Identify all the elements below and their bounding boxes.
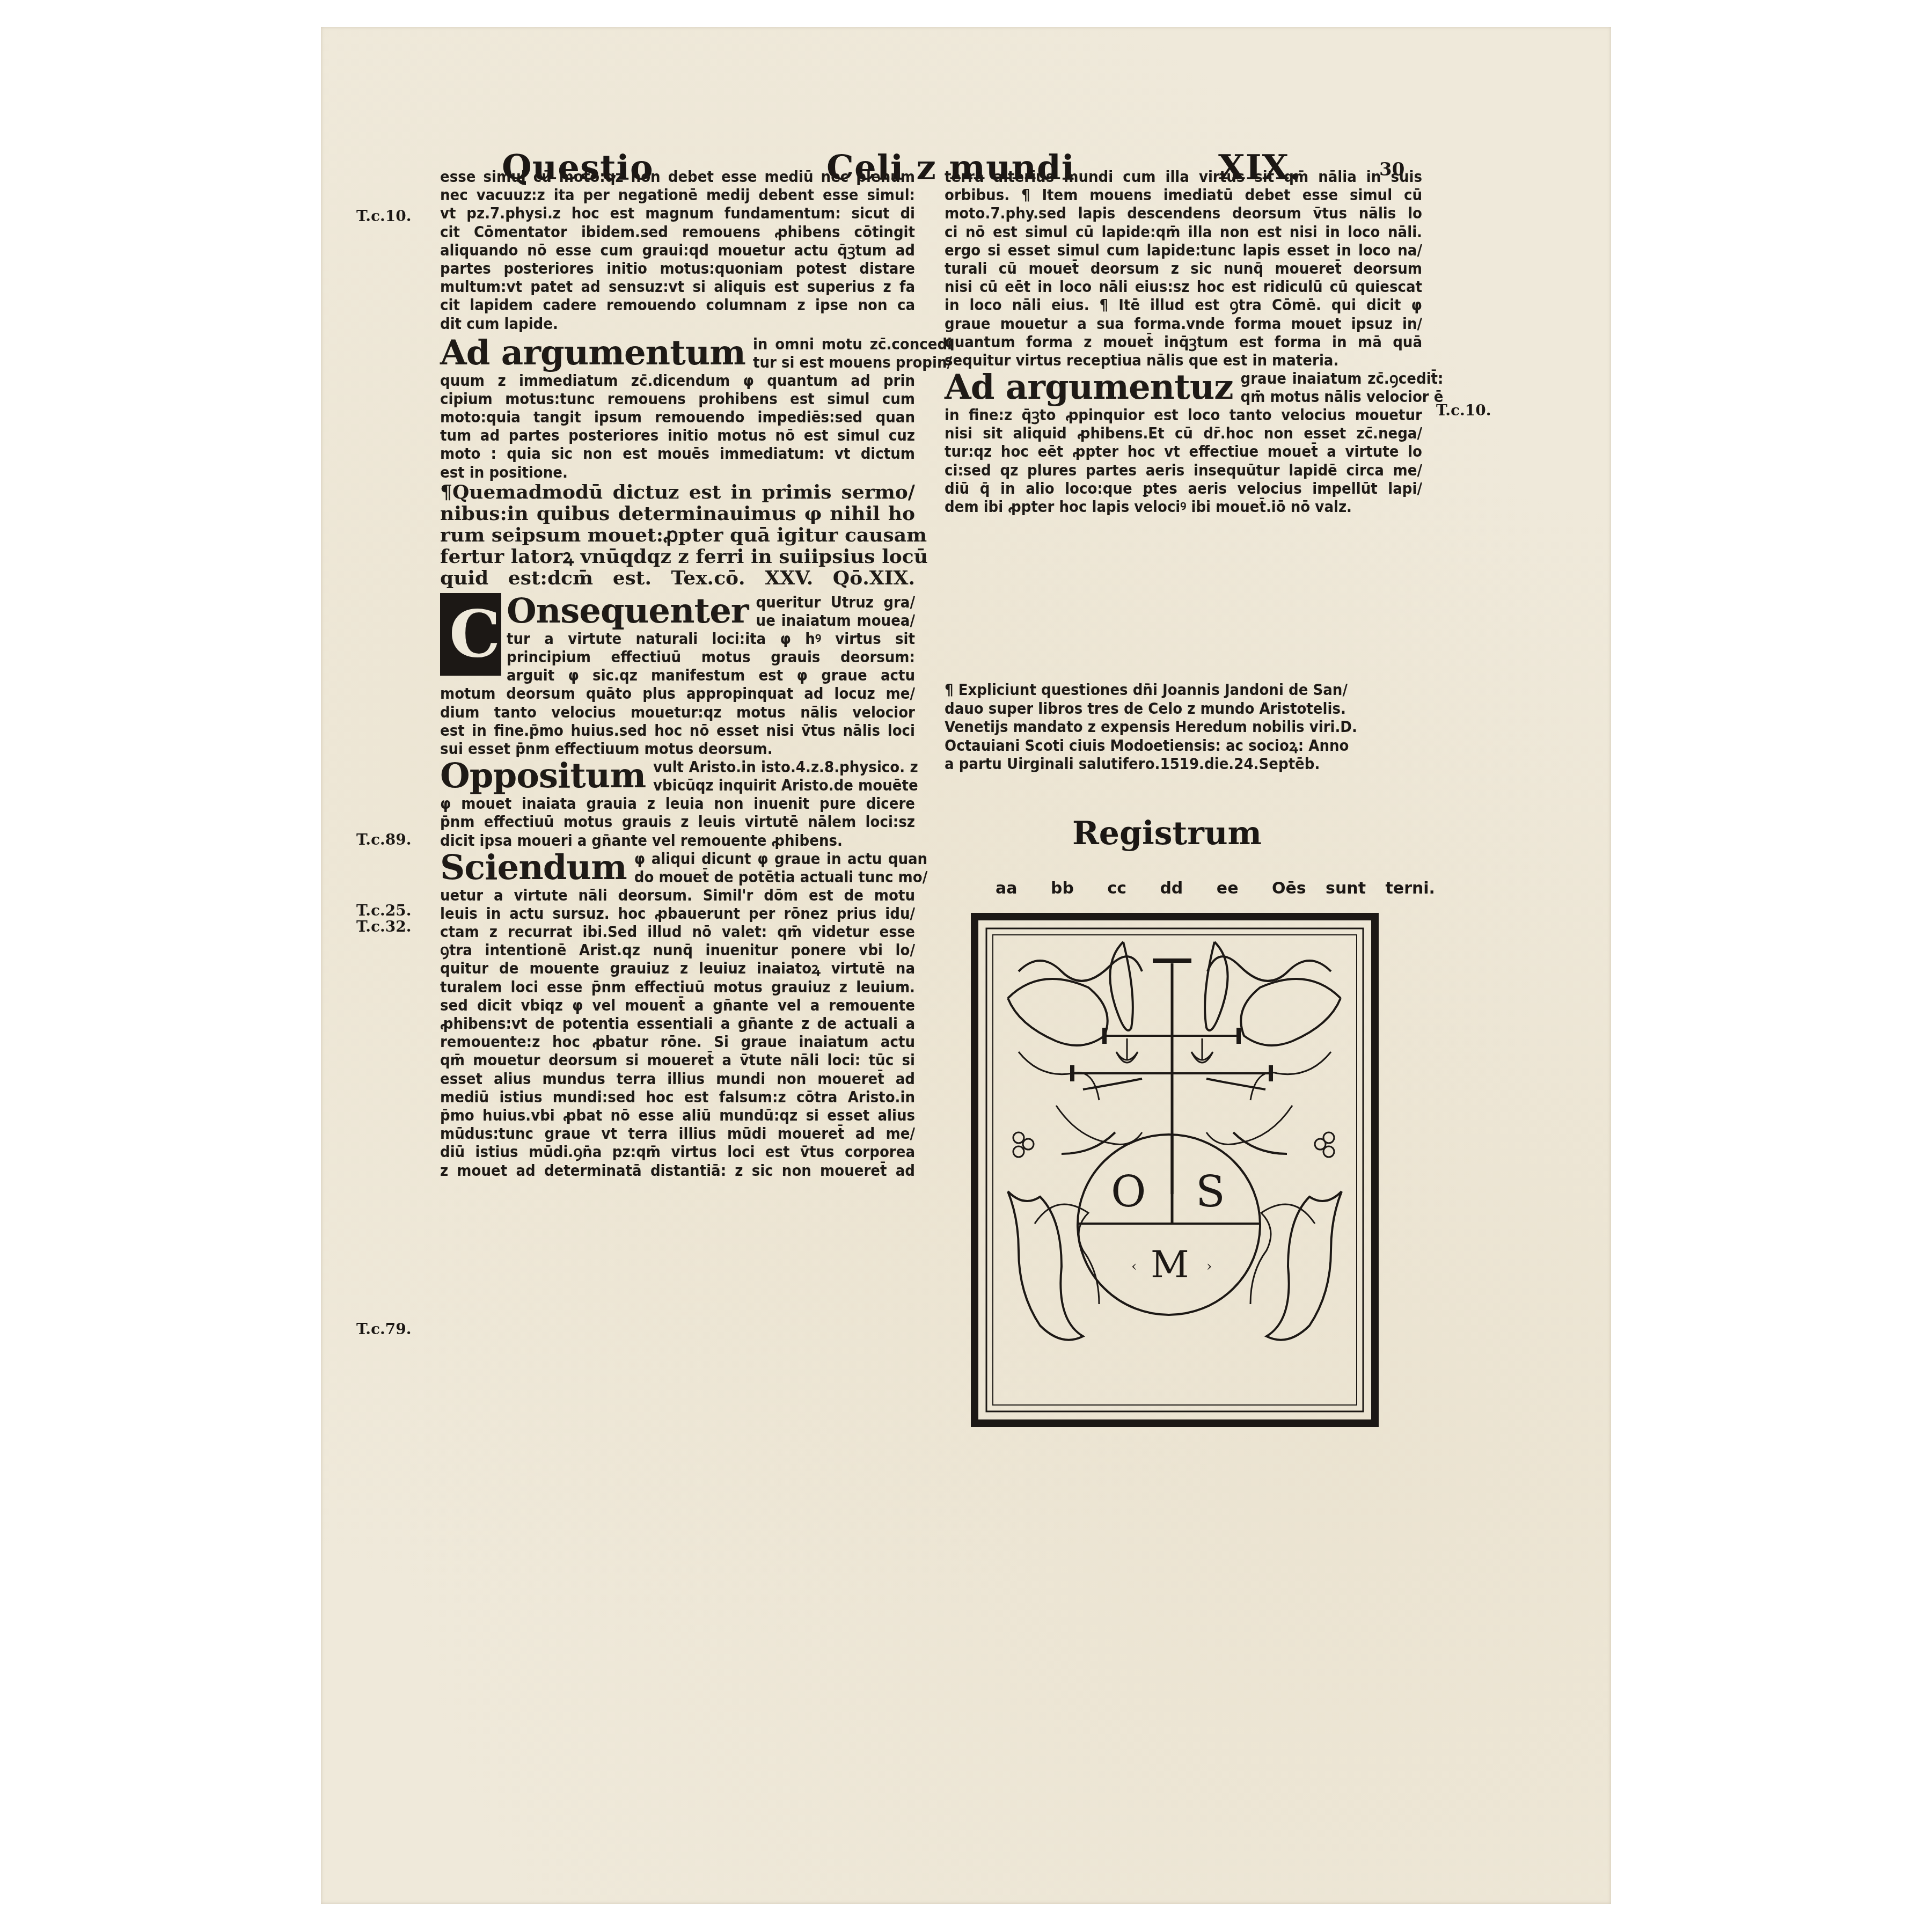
text-line: diū q̄ in alio loco:que ꝑtes aeris veloc… (945, 479, 1422, 497)
text-line: graue mouetur a sua forma.vnde forma mou… (945, 314, 1422, 333)
text-line: cit lapidem cadere remouendo columnam z … (440, 296, 915, 314)
text-line: Octauiani Scoti ciuis Modoetiensis: ac s… (945, 736, 1422, 755)
margin-note: T.c.10. (1436, 402, 1491, 419)
text-line: a partu Uirginali salutifero.1519.die.24… (945, 755, 1422, 773)
text-line: in omni motu zc̄.concedi (753, 335, 952, 353)
text-line: ¶Quemadmodū dictuz est in primis sermo/ (440, 481, 915, 503)
section-heading: Sciendum (440, 850, 627, 886)
text-line: partes posteriores initio motus:quoniam … (440, 259, 915, 277)
text-line: ci:sed qz plures partes aeris insequūtur… (945, 461, 1422, 479)
registrum-note: Oēs sunt terni. (1272, 879, 1435, 898)
text-line: ue inaiatum mouea/ (756, 611, 915, 630)
text-line: turalem loci esse p̄nm effectiuū motus g… (440, 978, 915, 996)
text-line: tum ad partes posteriores initio motus n… (440, 426, 915, 444)
text-line: Venetijs mandato z expensis Heredum nobi… (945, 718, 1422, 736)
text-line: quitur de mouente grauiuz z leuiuz inaia… (440, 959, 915, 977)
margin-note: T.c.25. (356, 903, 411, 919)
text-line: queritur Utruz gra/ (756, 593, 915, 611)
text-line: mūdus:tunc graue vt terra illius mūdi mo… (440, 1124, 915, 1143)
printers-device-icon: O S M ‹ › (970, 912, 1379, 1428)
margin-note: T.c.32. (356, 919, 411, 935)
text-line: ꝓhibens:vt de potentia essentiali a gn̄a… (440, 1014, 915, 1033)
section-heading: Ad argumentuz (945, 369, 1233, 406)
signature: bb (1051, 879, 1074, 898)
text-line: dem ibi ꝓpter hoc lapis velociꝰ ibi moue… (945, 497, 1422, 516)
text-line: p̄mo huius.vbi ꝓbat nō esse aliū mundū:q… (440, 1106, 915, 1124)
text-line: quum z immediatum zc̄.dicendum φ quantum… (440, 371, 915, 390)
text-line: z mouet ad determinatā distantiā: z sic … (440, 1161, 915, 1180)
quemadmodum-paragraph: ¶Quemadmodū dictuz est in primis sermo/ … (440, 481, 915, 589)
text-line: ¶ Expliciunt questiones dn̄i Joannis Jan… (945, 680, 1422, 699)
margin-note: T.c.79. (356, 1321, 411, 1337)
section-ad-argumentum-2: Ad argumentuz graue inaiatum zc̄.ꝯcedit̄… (945, 369, 1422, 406)
text-line: moto : quia sic non est mouēs immediatum… (440, 444, 915, 463)
text-line: dium tanto velocius mouetur:qz motus nāl… (440, 703, 915, 721)
printers-device-woodcut: O S M ‹ › (970, 912, 1379, 1428)
text-line: principium effectiuū motus grauis deorsu… (507, 648, 915, 666)
text-line: esse simul cū moto:qz non debet esse med… (440, 167, 915, 186)
section-oppositum: Oppositum vult Aristo.in isto.4.z.8.phys… (440, 758, 915, 794)
section-heading: Ad argumentum (440, 335, 745, 371)
text-line: vbicūqz inquirit Aristo.de mouēte (653, 776, 918, 794)
text-line: tur a virtute naturali loci:ita φ hꝰ vir… (507, 630, 915, 648)
text-line: sed dicit vbiqz φ vel mouent̄ a gn̄ante … (440, 996, 915, 1014)
text-line: cit Cōmentator ibidem.sed remouens ꝓhibe… (440, 223, 915, 241)
text-line: dit cum lapide. (440, 314, 915, 333)
text-line: leuis in actu sursuz. hoc ꝓbauerunt per … (440, 904, 915, 923)
text-line: motum deorsum quāto plus appropinquat ad… (440, 684, 915, 702)
margin-note: T.c.10. (356, 208, 411, 224)
text-line: φ aliqui dicunt φ graue in actu quan (634, 850, 927, 868)
text-line: sequitur virtus receptiua nālis que est … (945, 351, 1422, 369)
signature: dd (1160, 879, 1183, 898)
book-page: Questio Celi z mundi XIX. 30 T.c.10. T.c… (321, 27, 1611, 1904)
text-line: sui esset p̄nm effectiuum motus deorsum. (440, 740, 915, 758)
colophon: ¶ Expliciunt questiones dn̄i Joannis Jan… (945, 680, 1422, 773)
section-sciendum: Sciendum φ aliqui dicunt φ graue in actu… (440, 850, 915, 886)
text-line: dicit ipsa moueri a gn̄ante vel remouent… (440, 831, 915, 850)
text-line: aliquando nō esse cum graui:qd mouetur a… (440, 241, 915, 259)
section-heading: Onsequenter (507, 593, 749, 630)
text-line: dauo super libros tres de Celo z mundo A… (945, 699, 1422, 718)
registrum-title: Registrum (1072, 815, 1262, 852)
left-column: esse simul cū moto:qz non debet esse med… (440, 167, 915, 1180)
text-line: terrā alterius mundi cum illa virtus sit… (945, 167, 1422, 186)
text-line: esset alius mundus terra illius mundi no… (440, 1070, 915, 1088)
text-line: vt pz.7.physi.z hoc est magnum fundament… (440, 204, 915, 222)
text-line: p̄nm effectiuū motus grauis z leuis virt… (440, 813, 915, 831)
text-line: cipium motus:tunc remouens prohibens est… (440, 390, 915, 408)
text-line: remouente:z hoc ꝓbatur rōne. Si graue in… (440, 1033, 915, 1051)
historiated-initial: C (440, 593, 501, 676)
text-line: qm̄ motus nālis velocior ē (1241, 387, 1444, 406)
text-line: in loco nāli eius. ¶ Itē illud est ꝯtra … (945, 296, 1422, 314)
text-line: mediū istius mundi:sed hoc est falsum:z … (440, 1088, 915, 1106)
section-ad-argumentum: Ad argumentum in omni motu zc̄.concedi t… (440, 335, 915, 371)
svg-text:›: › (1206, 1258, 1212, 1275)
signature: ee (1217, 879, 1239, 898)
section-consequenter: C Onsequenter queritur Utruz gra/ ue ina… (440, 593, 915, 685)
svg-text:‹: ‹ (1131, 1258, 1137, 1275)
text-line: rum seipsum mouet:ꝓpter quā igitur causa… (440, 524, 915, 546)
text-line: arguit φ sic.qz manifestum est φ graue a… (507, 666, 915, 684)
text-line: qm̄ mouetur deorsum si moueret̄ a v̄tute… (440, 1051, 915, 1069)
text-line: do mouet̄ de potētia actuali tunc mo/ (634, 868, 927, 886)
text-line: ctam z recurrat ibi.Sed illud nō valet: … (440, 923, 915, 941)
text-line: tur si est mouens propin/ (753, 353, 952, 371)
text-line: fertur latorꝝ vnūqdqz z ferri in suiipsi… (440, 546, 915, 567)
text-line: ci nō est simul cū lapide:qm̄ illa non e… (945, 223, 1422, 241)
right-column: terrā alterius mundi cum illa virtus sit… (945, 167, 1422, 516)
svg-text:M: M (1151, 1242, 1189, 1286)
text-line: ergo si esset simul cum lapide:tunc lapi… (945, 241, 1422, 259)
section-heading: Oppositum (440, 758, 646, 794)
text-line: diū istius mūdi.ꝯn̄a pz:qm̄ virtus loci … (440, 1143, 915, 1161)
text-line: nisi sit aliquid ꝓhibens.Et cū dr̄.hoc n… (945, 424, 1422, 442)
drop-cap-letter: C (449, 600, 501, 669)
text-line: uetur a virtute nāli deorsum. Simil'r dō… (440, 886, 915, 904)
text-line: nibus:in quibus determinauimus φ nihil h… (440, 503, 915, 524)
text-line: graue inaiatum zc̄.ꝯcedit̄: (1241, 369, 1444, 387)
text-line: in fine:z q̄ꝫto ꝓpinquior est loco tanto… (945, 406, 1422, 424)
signature: aa (996, 879, 1018, 898)
text-line: ꝯtra intentionē Arist.qz nunq̄ inuenitur… (440, 941, 915, 959)
svg-text:S: S (1196, 1167, 1225, 1217)
text-line: tur:qz hoc eēt ꝓpter hoc vt effectiue mo… (945, 442, 1422, 460)
text-line: φ mouet inaiata grauia z leuia non inuen… (440, 794, 915, 813)
text-line: vult Aristo.in isto.4.z.8.physico. z (653, 758, 918, 776)
signature: cc (1107, 879, 1126, 898)
text-line: moto.7.phy.sed lapis descendens deorsum … (945, 204, 1422, 222)
registrum-signatures: aa bb cc dd ee Oēs sunt terni. (996, 879, 1449, 898)
svg-text:O: O (1111, 1167, 1146, 1217)
text-line: est in positione. (440, 463, 915, 481)
text-line: turali cū mouet̄ deorsum z sic nunq̄ mou… (945, 259, 1422, 277)
text-line: multum:vt patet ad sensuz:vt si aliquis … (440, 277, 915, 296)
text-line: est in fine.p̄mo huius.sed hoc nō esset … (440, 721, 915, 740)
text-line: quantum forma z mouet̄ inq̄ꝫtum est form… (945, 333, 1422, 351)
margin-note: T.c.89. (356, 832, 411, 848)
text-line: moto:quia tangit ipsum remouendo impediē… (440, 408, 915, 426)
text-line: nisi cū eēt in loco nāli eius:sz hoc est… (945, 277, 1422, 296)
text-line: orbibus. ¶ Item mouens imediatū debet es… (945, 186, 1422, 204)
text-line: quid est:dcm̄ est. Tex.cō. XXV. Qō.XIX. (440, 567, 915, 589)
text-line: nec vacuuz:z ita per negationē medij deb… (440, 186, 915, 204)
